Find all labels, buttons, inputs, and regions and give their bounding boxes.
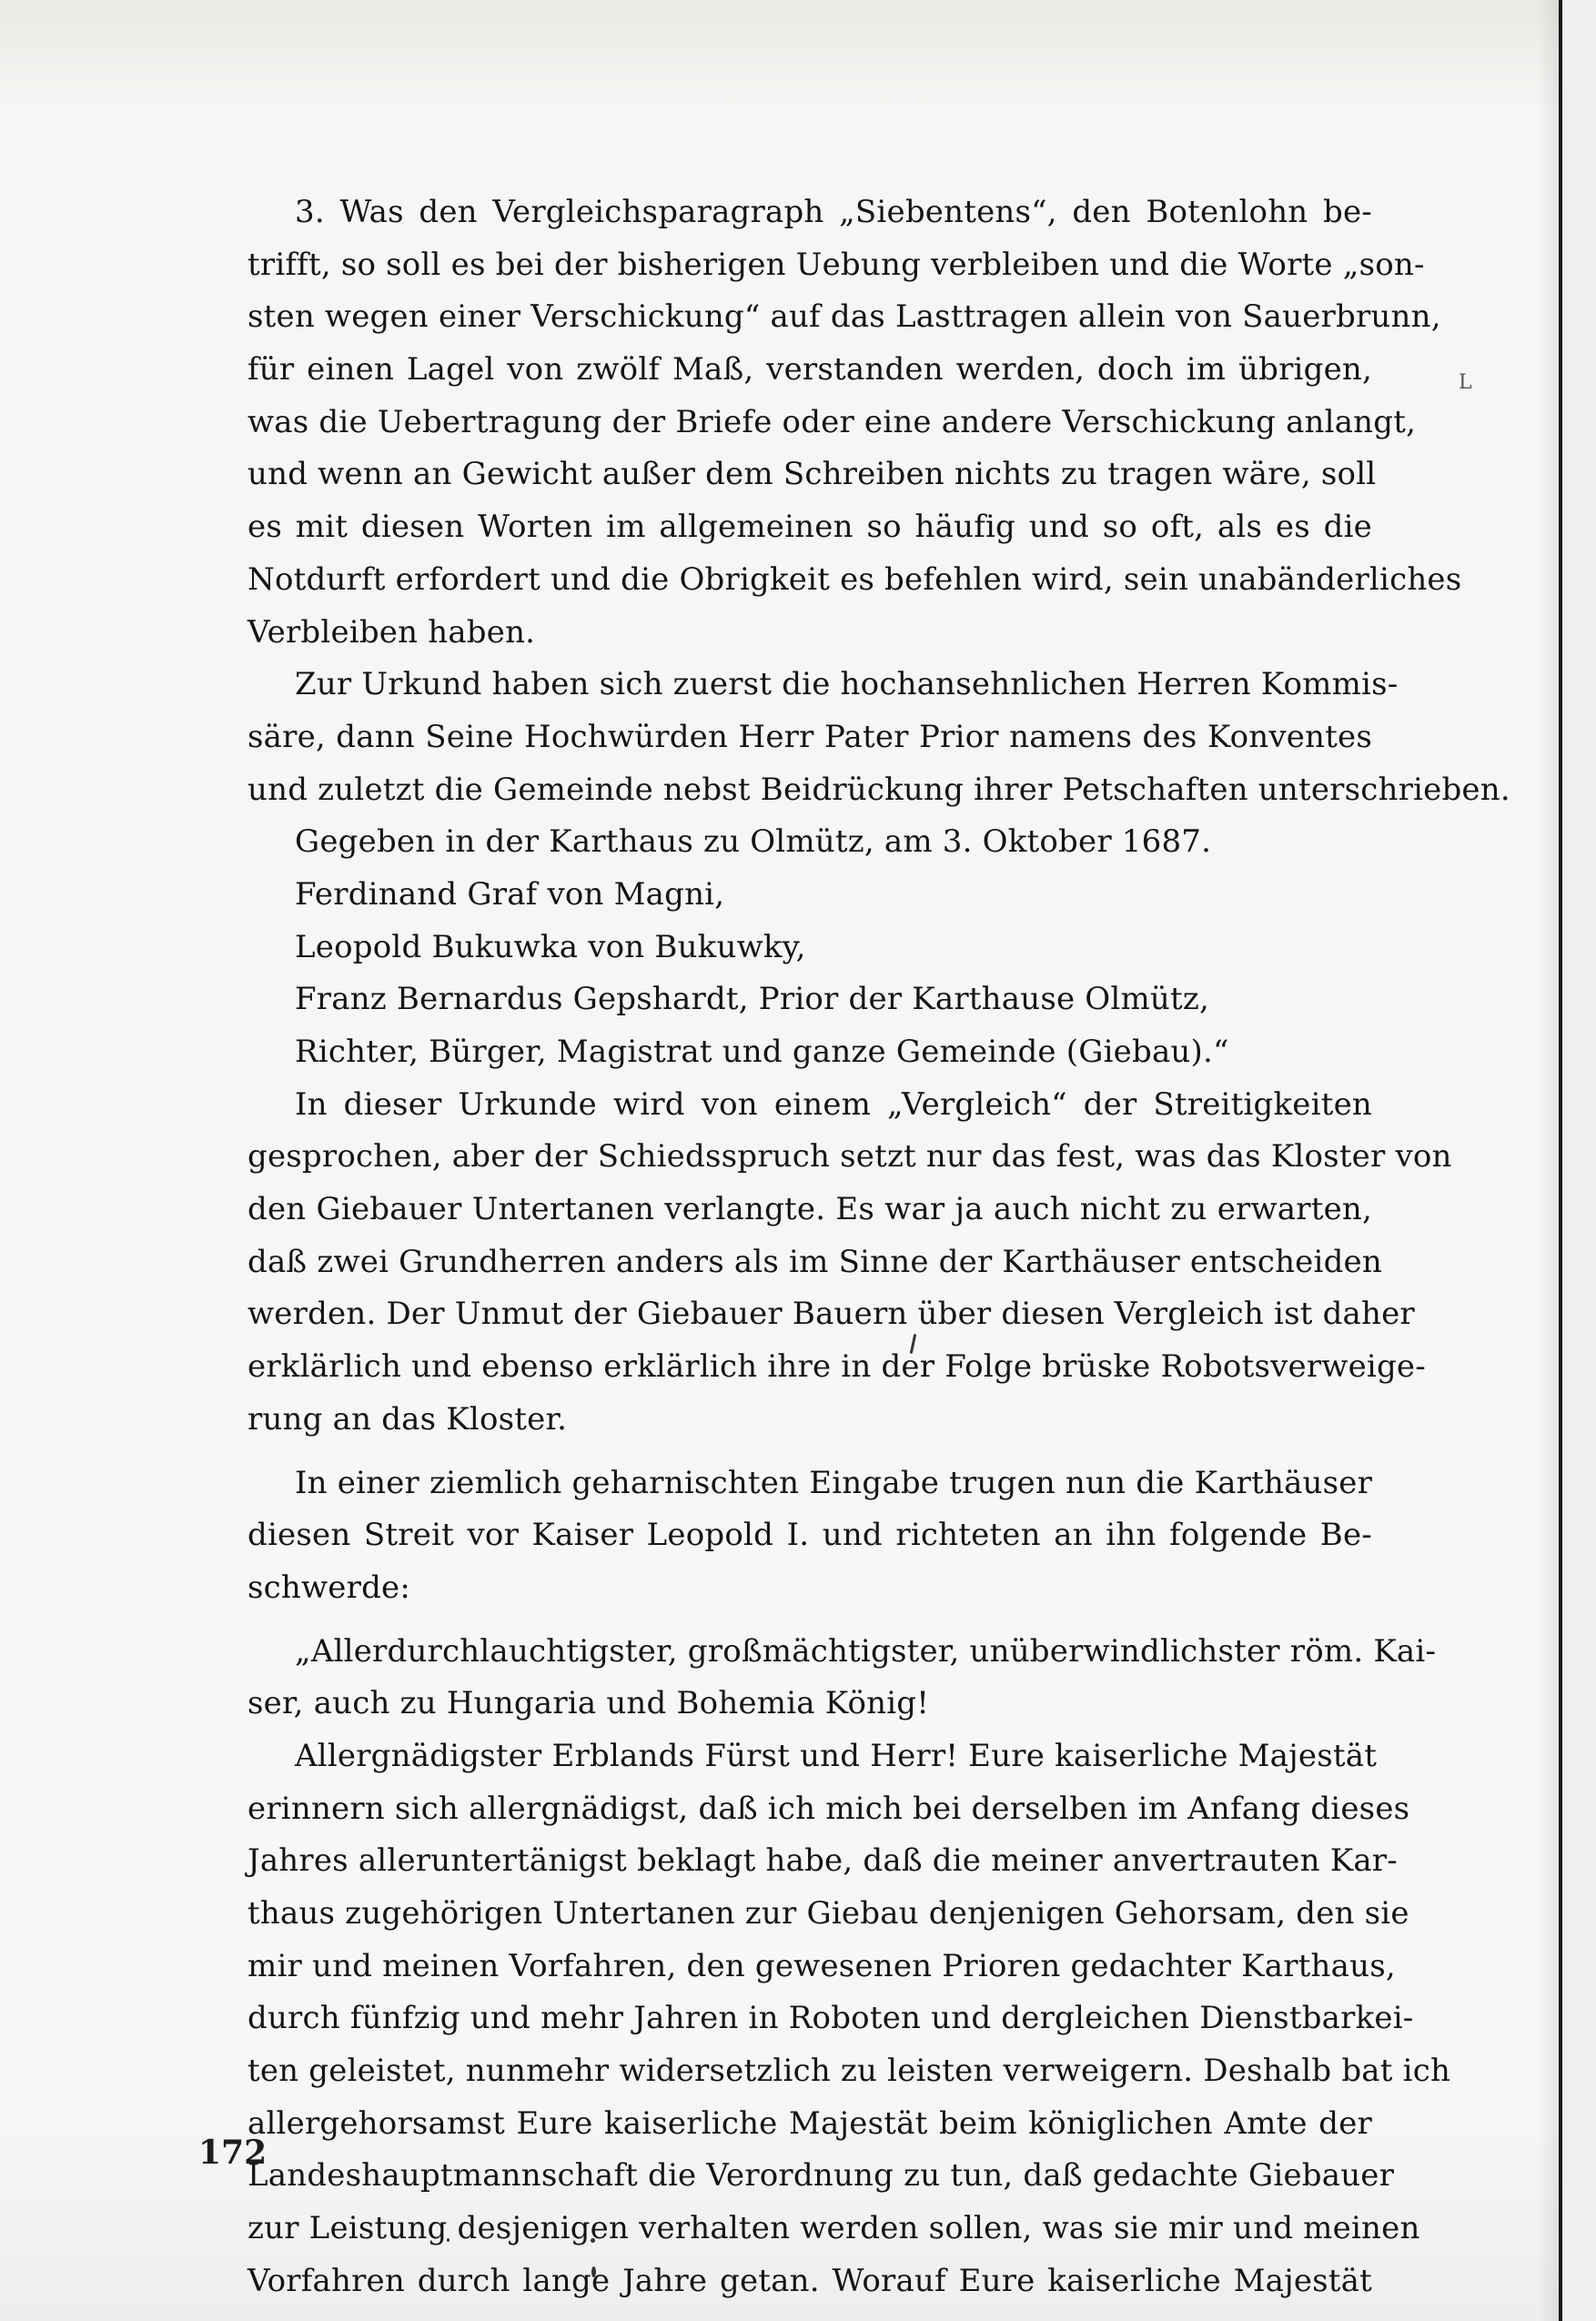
text-line: Verbleiben haben. (247, 607, 1372, 660)
scanned-book-page: L 3. Was den Vergleichsparagraph „Sieben… (0, 0, 1596, 2321)
text-line: Vorfahren durch lange Jahre getan. Worau… (247, 2255, 1372, 2308)
text-line: „Allerdurchlauchtigster, großmächtigster… (247, 1626, 1372, 1679)
text-line: thaus zugehörigen Untertanen zur Giebau … (247, 1888, 1372, 1941)
text-line: es mit diesen Worten im allgemeinen so h… (247, 501, 1372, 554)
text-line: werden. Der Unmut der Giebauer Bauern üb… (247, 1288, 1372, 1341)
text-line: gesprochen, aber der Schiedsspruch setzt… (247, 1131, 1372, 1184)
text-line: durch fünfzig und mehr Jahren in Roboten… (247, 1993, 1372, 2045)
text-line: was die Uebertragung der Briefe oder ein… (247, 397, 1372, 449)
text-line: allergehorsamst Eure kaiserliche Majestä… (247, 2098, 1372, 2151)
text-line: Ferdinand Graf von Magni, (247, 869, 1372, 922)
gutter-shadow (1538, 0, 1559, 2321)
text-line: 3. Was den Vergleichsparagraph „Siebente… (247, 187, 1372, 239)
adjacent-page-strip (1562, 0, 1596, 2321)
text-line: erklärlich und ebenso erklärlich ihre in… (247, 1341, 1372, 1394)
text-line: Jahres alleruntertänigst beklagt habe, d… (247, 1835, 1372, 1888)
text-line: Allergnädigster Erblands Fürst und Herr!… (247, 1731, 1372, 1783)
text-line: Notdurft erfordert und die Obrigkeit es … (247, 554, 1372, 607)
text-line: sten wegen einer Verschickung“ auf das L… (247, 291, 1372, 344)
text-line: und zuletzt die Gemeinde nebst Beidrücku… (247, 764, 1372, 817)
text-line: Richter, Bürger, Magistrat und ganze Gem… (247, 1026, 1372, 1079)
text-line: säre, dann Seine Hochwürden Herr Pater P… (247, 711, 1372, 764)
ink-speck (591, 2266, 596, 2277)
text-line: mir und meinen Vorfahren, den gewesenen … (247, 1941, 1372, 1993)
text-line: für einen Lagel von zwölf Maß, verstande… (247, 344, 1372, 397)
body-text: 3. Was den Vergleichsparagraph „Siebente… (247, 187, 1372, 2308)
text-line: Landeshauptmannschaft die Verordnung zu … (247, 2150, 1372, 2203)
text-line: daß zwei Grundherren anders als im Sinne… (247, 1236, 1372, 1289)
text-line: den Giebauer Untertanen verlangte. Es wa… (247, 1184, 1372, 1236)
page-number: 172 (198, 2134, 267, 2172)
text-line: Leopold Bukuwka von Bukuwky, (247, 922, 1372, 974)
ink-speck (591, 2238, 595, 2243)
text-line: In einer ziemlich geharnischten Eingabe … (247, 1458, 1372, 1510)
text-line: Gegeben in der Karthaus zu Olmütz, am 3.… (247, 816, 1372, 869)
text-line: rung an das Kloster. (247, 1394, 1372, 1447)
text-line: diesen Streit vor Kaiser Leopold I. und … (247, 1509, 1372, 1562)
text-line: zur Leistung desjenigen verhalten werden… (247, 2203, 1372, 2255)
text-line: ser, auch zu Hungaria und Bohemia König! (247, 1678, 1372, 1731)
text-line: und wenn an Gewicht außer dem Schreiben … (247, 449, 1372, 501)
text-line: ten geleistet, nunmehr widersetzlich zu … (247, 2045, 1372, 2098)
ink-speck (447, 2238, 450, 2242)
margin-pencil-mark: L (1459, 371, 1472, 394)
text-line: trifft, so soll es bei der bisherigen Ue… (247, 239, 1372, 292)
text-line: Zur Urkund haben sich zuerst die hochans… (247, 659, 1372, 711)
text-line: In dieser Urkunde wird von einem „Vergle… (247, 1079, 1372, 1132)
text-line: schwerde: (247, 1562, 1372, 1615)
text-line: erinnern sich allergnädigst, daß ich mic… (247, 1783, 1372, 1836)
text-line: Franz Bernardus Gepshardt, Prior der Kar… (247, 974, 1372, 1026)
